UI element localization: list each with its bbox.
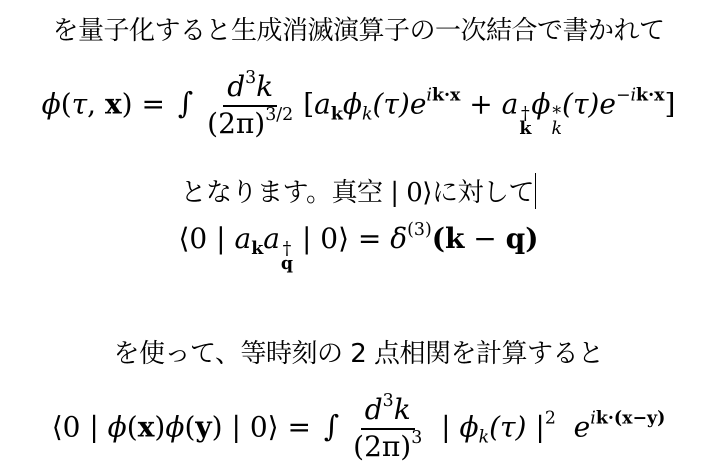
math-bra: ⟨0 | [179,222,235,255]
math-subsup: *k [551,107,562,137]
math-bra: ⟨0 | [52,410,108,443]
math-subscript: k [331,104,343,124]
integral-sign: ∫ [178,86,193,120]
math-q-bold: q [506,222,526,255]
math-comma: , [87,87,105,120]
text-line-correlation: を使って、等時刻の 2 点相関を計算すると [0,333,717,370]
math-a: a [502,87,519,120]
math-subscript: k [479,427,490,447]
text-cursor[interactable] [535,173,537,209]
fraction-numerator: d3k [223,72,277,107]
math-e: e [574,410,591,443]
math-paren: ( [432,222,445,255]
math-k: k [256,70,273,103]
text-line-quantization: を量子化すると生成消滅演算子の一次結合で書かれて [0,10,717,47]
math-phi: ϕ [460,410,479,443]
math-exponent: k·x [636,85,664,105]
math-subscript: k [362,104,373,124]
math-tau: τ [72,87,88,120]
math-exponent: 3/2 [265,105,293,125]
math-e: e [599,87,616,120]
math-d: d [227,70,245,103]
paragraph-text: となります。真空 [181,178,383,208]
math-delta: δ [390,222,407,255]
math-d: d [365,393,383,426]
math-paren: ) [525,222,538,255]
math-abs-bar: | [432,410,459,443]
math-y-bold: y [195,410,211,443]
math-ket: | 0⟩ = [223,410,320,443]
fraction-numerator: d3k [361,395,415,430]
math-subsup: †q [281,242,293,272]
fraction-denominator: (2π)3/2 [203,107,297,140]
fraction: d3k(2π)3/2 [203,72,297,140]
math-x-bold: x [138,410,155,443]
math-exponent: 2 [545,408,556,428]
math-2pi: (2π) [353,430,411,463]
math-phi: ϕ [42,87,61,120]
math-phi: ϕ [343,87,362,120]
math-subsup: †k [519,107,531,137]
equation-field-expansion: ϕ(τ, x) = ∫d3k(2π)3/2[akϕk(τ)eik·x + a†k… [0,72,717,140]
math-paren: ) [154,410,165,443]
math-ket: | 0⟩ = [293,222,390,255]
math-phi: ϕ [165,410,184,443]
math-exponent: (3) [407,220,432,240]
math-tau-arg: (τ) [372,87,409,120]
math-exponent: 3 [245,68,256,88]
text-line-vacuum: となります。真空 | 0⟩に対して [0,172,717,209]
paragraph-text: に対して [432,178,534,208]
math-x-bold: x [105,87,122,120]
math-k: k [394,393,411,426]
paragraph-text: を量子化すると生成消滅演算子の一次結合で書かれて [52,16,664,46]
equation-two-point-correlation: ⟨0 | ϕ(x)ϕ(y) | 0⟩ = ∫d3k(2π)3 | ϕk(τ) |… [0,395,717,463]
math-bracket: ] [664,87,675,120]
math-abs-bar: | [526,410,544,443]
math-plus: + [460,87,501,120]
math-equals: = [133,87,174,120]
math-exponent: k·x [432,85,460,105]
math-exponent: 3 [383,391,394,411]
math-a: a [234,222,251,255]
math-bracket: [ [303,87,314,120]
math-subscript: k [251,239,263,259]
math-e: e [410,87,427,120]
math-tau-arg: (τ) [489,410,526,443]
math-subscript: k [519,122,531,137]
fraction: d3k(2π)3 [349,395,426,463]
math-minus: − [464,222,505,255]
math-subscript: k [551,122,562,137]
math-phi: ϕ [531,87,550,120]
math-exponent: 3 [411,428,422,448]
math-a: a [263,222,280,255]
math-tau-arg: (τ) [562,87,599,120]
math-k-bold: k [445,222,464,255]
math-minus: − [616,85,631,105]
math-paren: ( [184,410,195,443]
math-paren: ( [61,87,72,120]
paragraph-text: を使って、等時刻の 2 点相関を計算すると [113,339,603,369]
math-exponent: k·(x−y) [596,408,665,428]
math-a: a [314,87,331,120]
math-phi: ϕ [108,410,127,443]
math-2pi: (2π) [207,107,265,140]
math-ket: | 0⟩ [382,178,431,208]
math-paren: ) [122,87,133,120]
equation-vacuum-expectation: ⟨0 | aka†q | 0⟩ = δ(3)(k − q) [0,222,717,272]
integral-sign: ∫ [324,409,339,443]
math-paren: ) [212,410,223,443]
math-paren: ( [127,410,138,443]
math-subscript: q [281,257,293,272]
fraction-denominator: (2π)3 [349,430,426,463]
